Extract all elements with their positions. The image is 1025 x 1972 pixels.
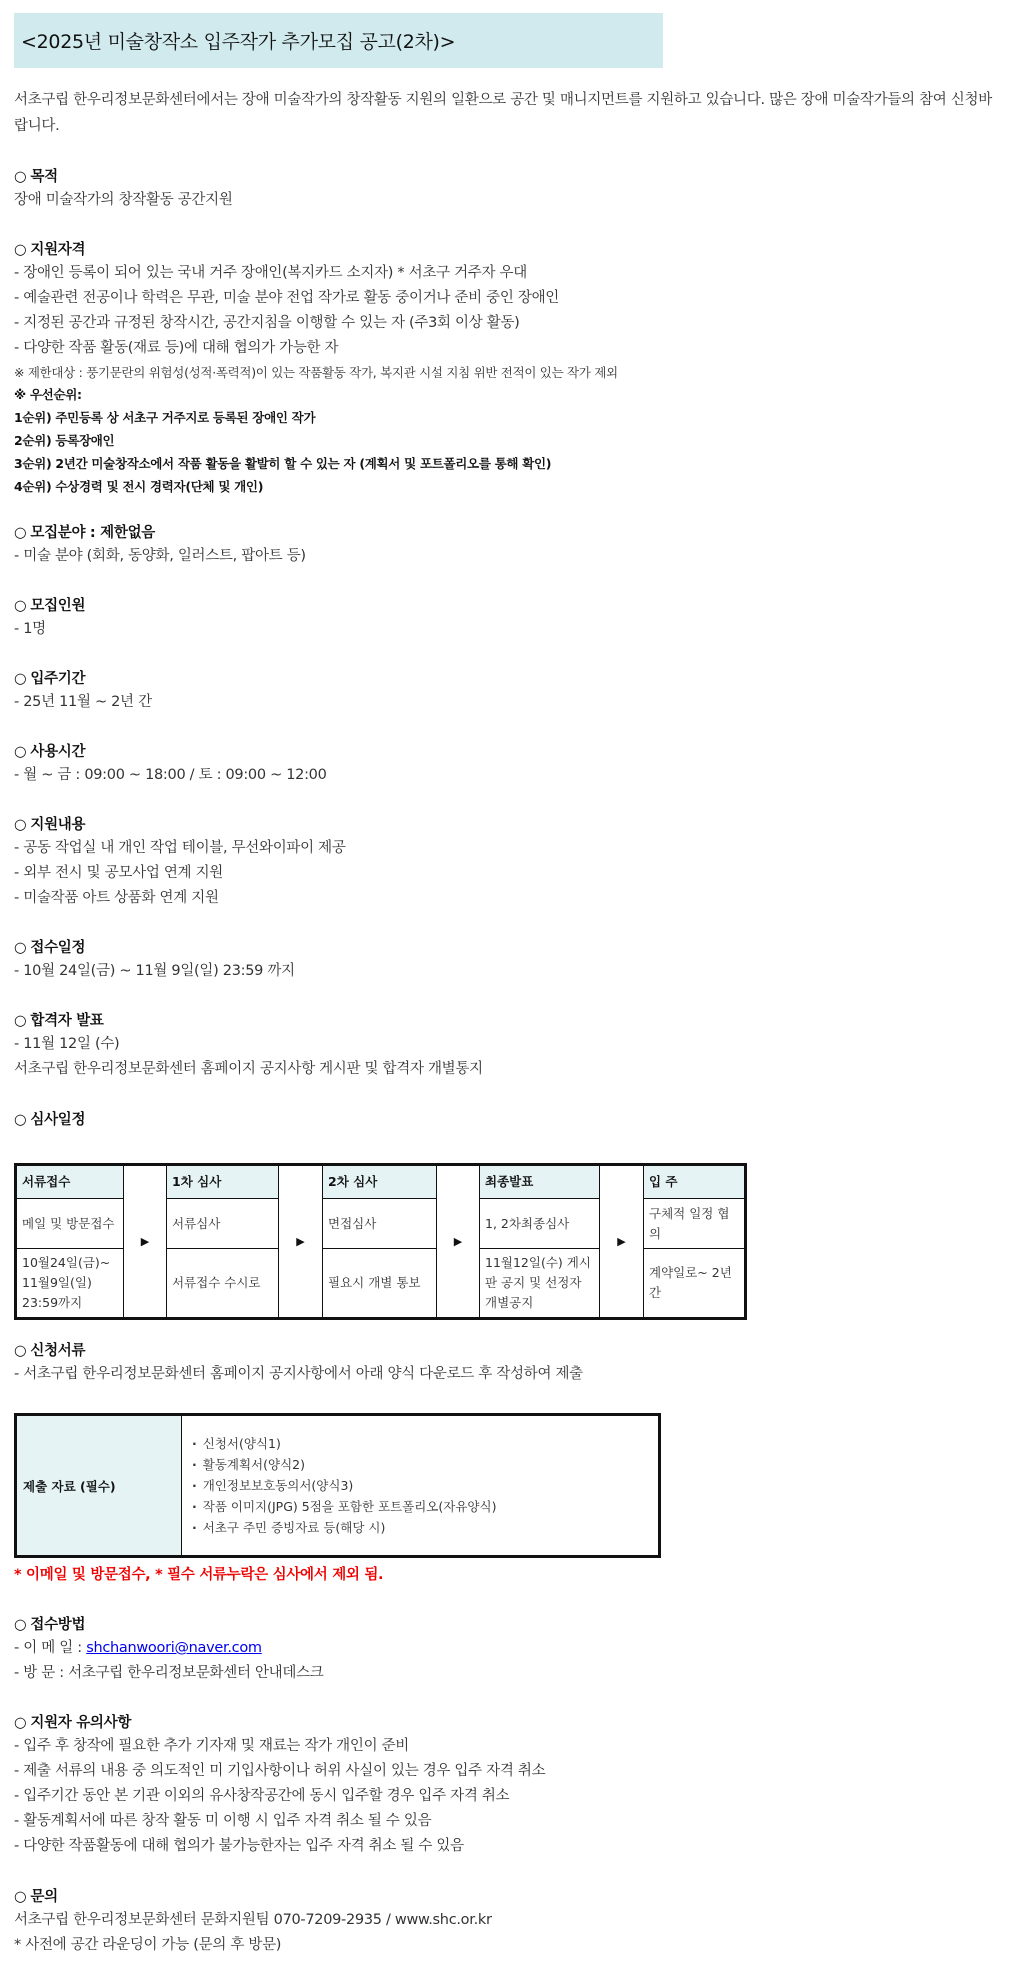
documents-warning: * 이메일 및 방문접수, * 필수 서류누락은 심사에서 제외 됨. (14, 1562, 383, 1588)
step-date: 11월12일(수) 게시판 공지 및 선정자 개별공지 (480, 1249, 600, 1319)
heading-announcement: ○합격자 발표 (14, 1009, 104, 1030)
step-date: 계약일로~ 2년간 (644, 1249, 746, 1319)
announcement-line: - 11월 12일 (수) (14, 1031, 119, 1057)
field-line: - 미술 분야 (회화, 동양화, 일러스트, 팝아트 등) (14, 543, 306, 569)
step-detail: 1, 2차최종심사 (480, 1199, 600, 1249)
qualification-line: - 다양한 작품 활동(재료 등)에 대해 협의가 가능한 자 (14, 335, 338, 361)
step-title: 서류접수 (16, 1165, 124, 1199)
circle-bullet-icon: ○ (14, 817, 26, 833)
heading-documents: ○신청서류 (14, 1339, 85, 1360)
step-detail: 구체적 일정 협의 (644, 1199, 746, 1249)
document-item: 활동계획서(양식2) (192, 1454, 648, 1475)
documents-line: - 서초구립 한우리정보문화센터 홈페이지 공지사항에서 아래 양식 다운로드 … (14, 1361, 583, 1387)
intro-paragraph: 서초구립 한우리정보문화센터에서는 장애 미술작가의 창작활동 지원의 일환으로… (14, 87, 1004, 139)
contact-line: 서초구립 한우리정보문화센터 문화지원팀 070-7209-2935 / www… (14, 1907, 492, 1933)
documents-table: 제출 자료 (필수) 신청서(양식1) 활동계획서(양식2) 개인정보보호동의서… (14, 1413, 661, 1558)
method-visit-line: - 방 문 : 서초구립 한우리정보문화센터 안내데스크 (14, 1660, 324, 1686)
restriction-note: ※ 제한대상 : 풍기문란의 위험성(성적·폭력적)이 있는 작품활동 작가, … (14, 360, 618, 386)
heading-hours: ○사용시간 (14, 740, 85, 761)
email-link[interactable]: shchanwoori@naver.com (86, 1640, 262, 1656)
documents-items: 신청서(양식1) 활동계획서(양식2) 개인정보보호동의서(양식3) 작품 이미… (182, 1415, 660, 1557)
circle-bullet-icon: ○ (14, 1617, 26, 1633)
step-title: 1차 심사 (167, 1165, 279, 1199)
circle-bullet-icon: ○ (14, 744, 26, 760)
heading-qualification: ○지원자격 (14, 238, 85, 259)
purpose-line: 장애 미술작가의 창작활동 공간지원 (14, 187, 233, 213)
review-schedule-table: 서류접수 ▶ 1차 심사 ▶ 2차 심사 ▶ 최종발표 ▶ 입 주 메일 및 방… (14, 1163, 747, 1320)
circle-bullet-icon: ○ (14, 1013, 26, 1029)
step-date: 서류접수 수시로 (167, 1249, 279, 1319)
page-title: <2025년 미술창작소 입주작가 추가모집 공고(2차)> (21, 27, 455, 54)
title-banner: <2025년 미술창작소 입주작가 추가모집 공고(2차)> (14, 13, 663, 68)
circle-bullet-icon: ○ (14, 1112, 26, 1128)
arrow-right-icon: ▶ (600, 1165, 644, 1319)
notes-line: - 활동계획서에 따른 창작 활동 미 이행 시 입주 자격 취소 될 수 있음 (14, 1808, 431, 1834)
step-detail: 서류심사 (167, 1199, 279, 1249)
heading-contact: ○문의 (14, 1885, 58, 1906)
qualification-line: - 지정된 공간과 규정된 창작시간, 공간지침을 이행할 수 있는 자 (주3… (14, 310, 520, 336)
support-line: - 공동 작업실 내 개인 작업 테이블, 무선와이파이 제공 (14, 835, 346, 861)
circle-bullet-icon: ○ (14, 242, 26, 258)
application-schedule-line: - 10월 24일(금) ~ 11월 9일(일) 23:59 까지 (14, 958, 295, 984)
step-date: 필요시 개별 통보 (323, 1249, 437, 1319)
heading-field: ○모집분야 : 제한없음 (14, 521, 155, 542)
circle-bullet-icon: ○ (14, 169, 26, 185)
notes-line: - 다양한 작품활동에 대해 협의가 불가능한자는 입주 자격 취소 될 수 있… (14, 1833, 464, 1859)
circle-bullet-icon: ○ (14, 671, 26, 687)
heading-method: ○접수방법 (14, 1613, 85, 1634)
contact-line: * 사전에 공간 라운딩이 가능 (문의 후 방문) (14, 1932, 281, 1958)
heading-notes: ○지원자 유의사항 (14, 1711, 131, 1732)
heading-support: ○지원내용 (14, 813, 85, 834)
announcement-line: 서초구립 한우리정보문화센터 홈페이지 공지사항 게시판 및 합격자 개별통지 (14, 1056, 483, 1082)
notes-line: - 입주기간 동안 본 기관 이외의 유사창작공간에 동시 입주할 경우 입주 … (14, 1783, 509, 1809)
arrow-right-icon: ▶ (279, 1165, 323, 1319)
qualification-line: - 장애인 등록이 되어 있는 국내 거주 장애인(복지카드 소지자) * 서초… (14, 260, 527, 286)
step-title: 2차 심사 (323, 1165, 437, 1199)
circle-bullet-icon: ○ (14, 940, 26, 956)
notes-line: - 제출 서류의 내용 중 의도적인 미 기입사항이나 허위 사실이 있는 경우… (14, 1758, 545, 1784)
circle-bullet-icon: ○ (14, 1715, 26, 1731)
heading-purpose: ○목적 (14, 165, 58, 186)
support-line: - 외부 전시 및 공모사업 연계 지원 (14, 860, 223, 886)
step-detail: 메일 및 방문접수 (16, 1199, 124, 1249)
circle-bullet-icon: ○ (14, 525, 26, 541)
document-item: 작품 이미지(JPG) 5점을 포함한 포트폴리오(자유양식) (192, 1496, 648, 1517)
notes-line: - 입주 후 창작에 필요한 추가 기자재 및 재료는 작가 개인이 준비 (14, 1733, 409, 1759)
heading-headcount: ○모집인원 (14, 594, 85, 615)
heading-application-schedule: ○접수일정 (14, 936, 85, 957)
document-item: 신청서(양식1) (192, 1433, 648, 1454)
arrow-right-icon: ▶ (124, 1165, 167, 1319)
period-line: - 25년 11월 ~ 2년 간 (14, 689, 152, 715)
circle-bullet-icon: ○ (14, 1343, 26, 1359)
hours-line: - 월 ~ 금 : 09:00 ~ 18:00 / 토 : 09:00 ~ 12… (14, 762, 327, 788)
heading-review-schedule: ○심사일정 (14, 1108, 85, 1129)
support-line: - 미술작품 아트 상품화 연계 지원 (14, 885, 219, 911)
circle-bullet-icon: ○ (14, 1889, 26, 1905)
qualification-line: - 예술관련 전공이나 학력은 무관, 미술 분야 전업 작가로 활동 중이거나… (14, 285, 559, 311)
step-title: 입 주 (644, 1165, 746, 1199)
documents-label: 제출 자료 (필수) (16, 1415, 182, 1557)
priority-item: 4순위) 수상경력 및 전시 경력자(단체 및 개인) (14, 474, 263, 500)
step-title: 최종발표 (480, 1165, 600, 1199)
step-date: 10월24일(금)~ 11월9일(일) 23:59까지 (16, 1249, 124, 1319)
heading-period: ○입주기간 (14, 667, 85, 688)
document-item: 서초구 주민 증빙자료 등(해당 시) (192, 1517, 648, 1538)
circle-bullet-icon: ○ (14, 598, 26, 614)
document-item: 개인정보보호동의서(양식3) (192, 1475, 648, 1496)
step-detail: 면접심사 (323, 1199, 437, 1249)
arrow-right-icon: ▶ (437, 1165, 480, 1319)
headcount-line: - 1명 (14, 616, 46, 642)
method-email-line: - 이 메 일 : shchanwoori@naver.com (14, 1635, 262, 1661)
